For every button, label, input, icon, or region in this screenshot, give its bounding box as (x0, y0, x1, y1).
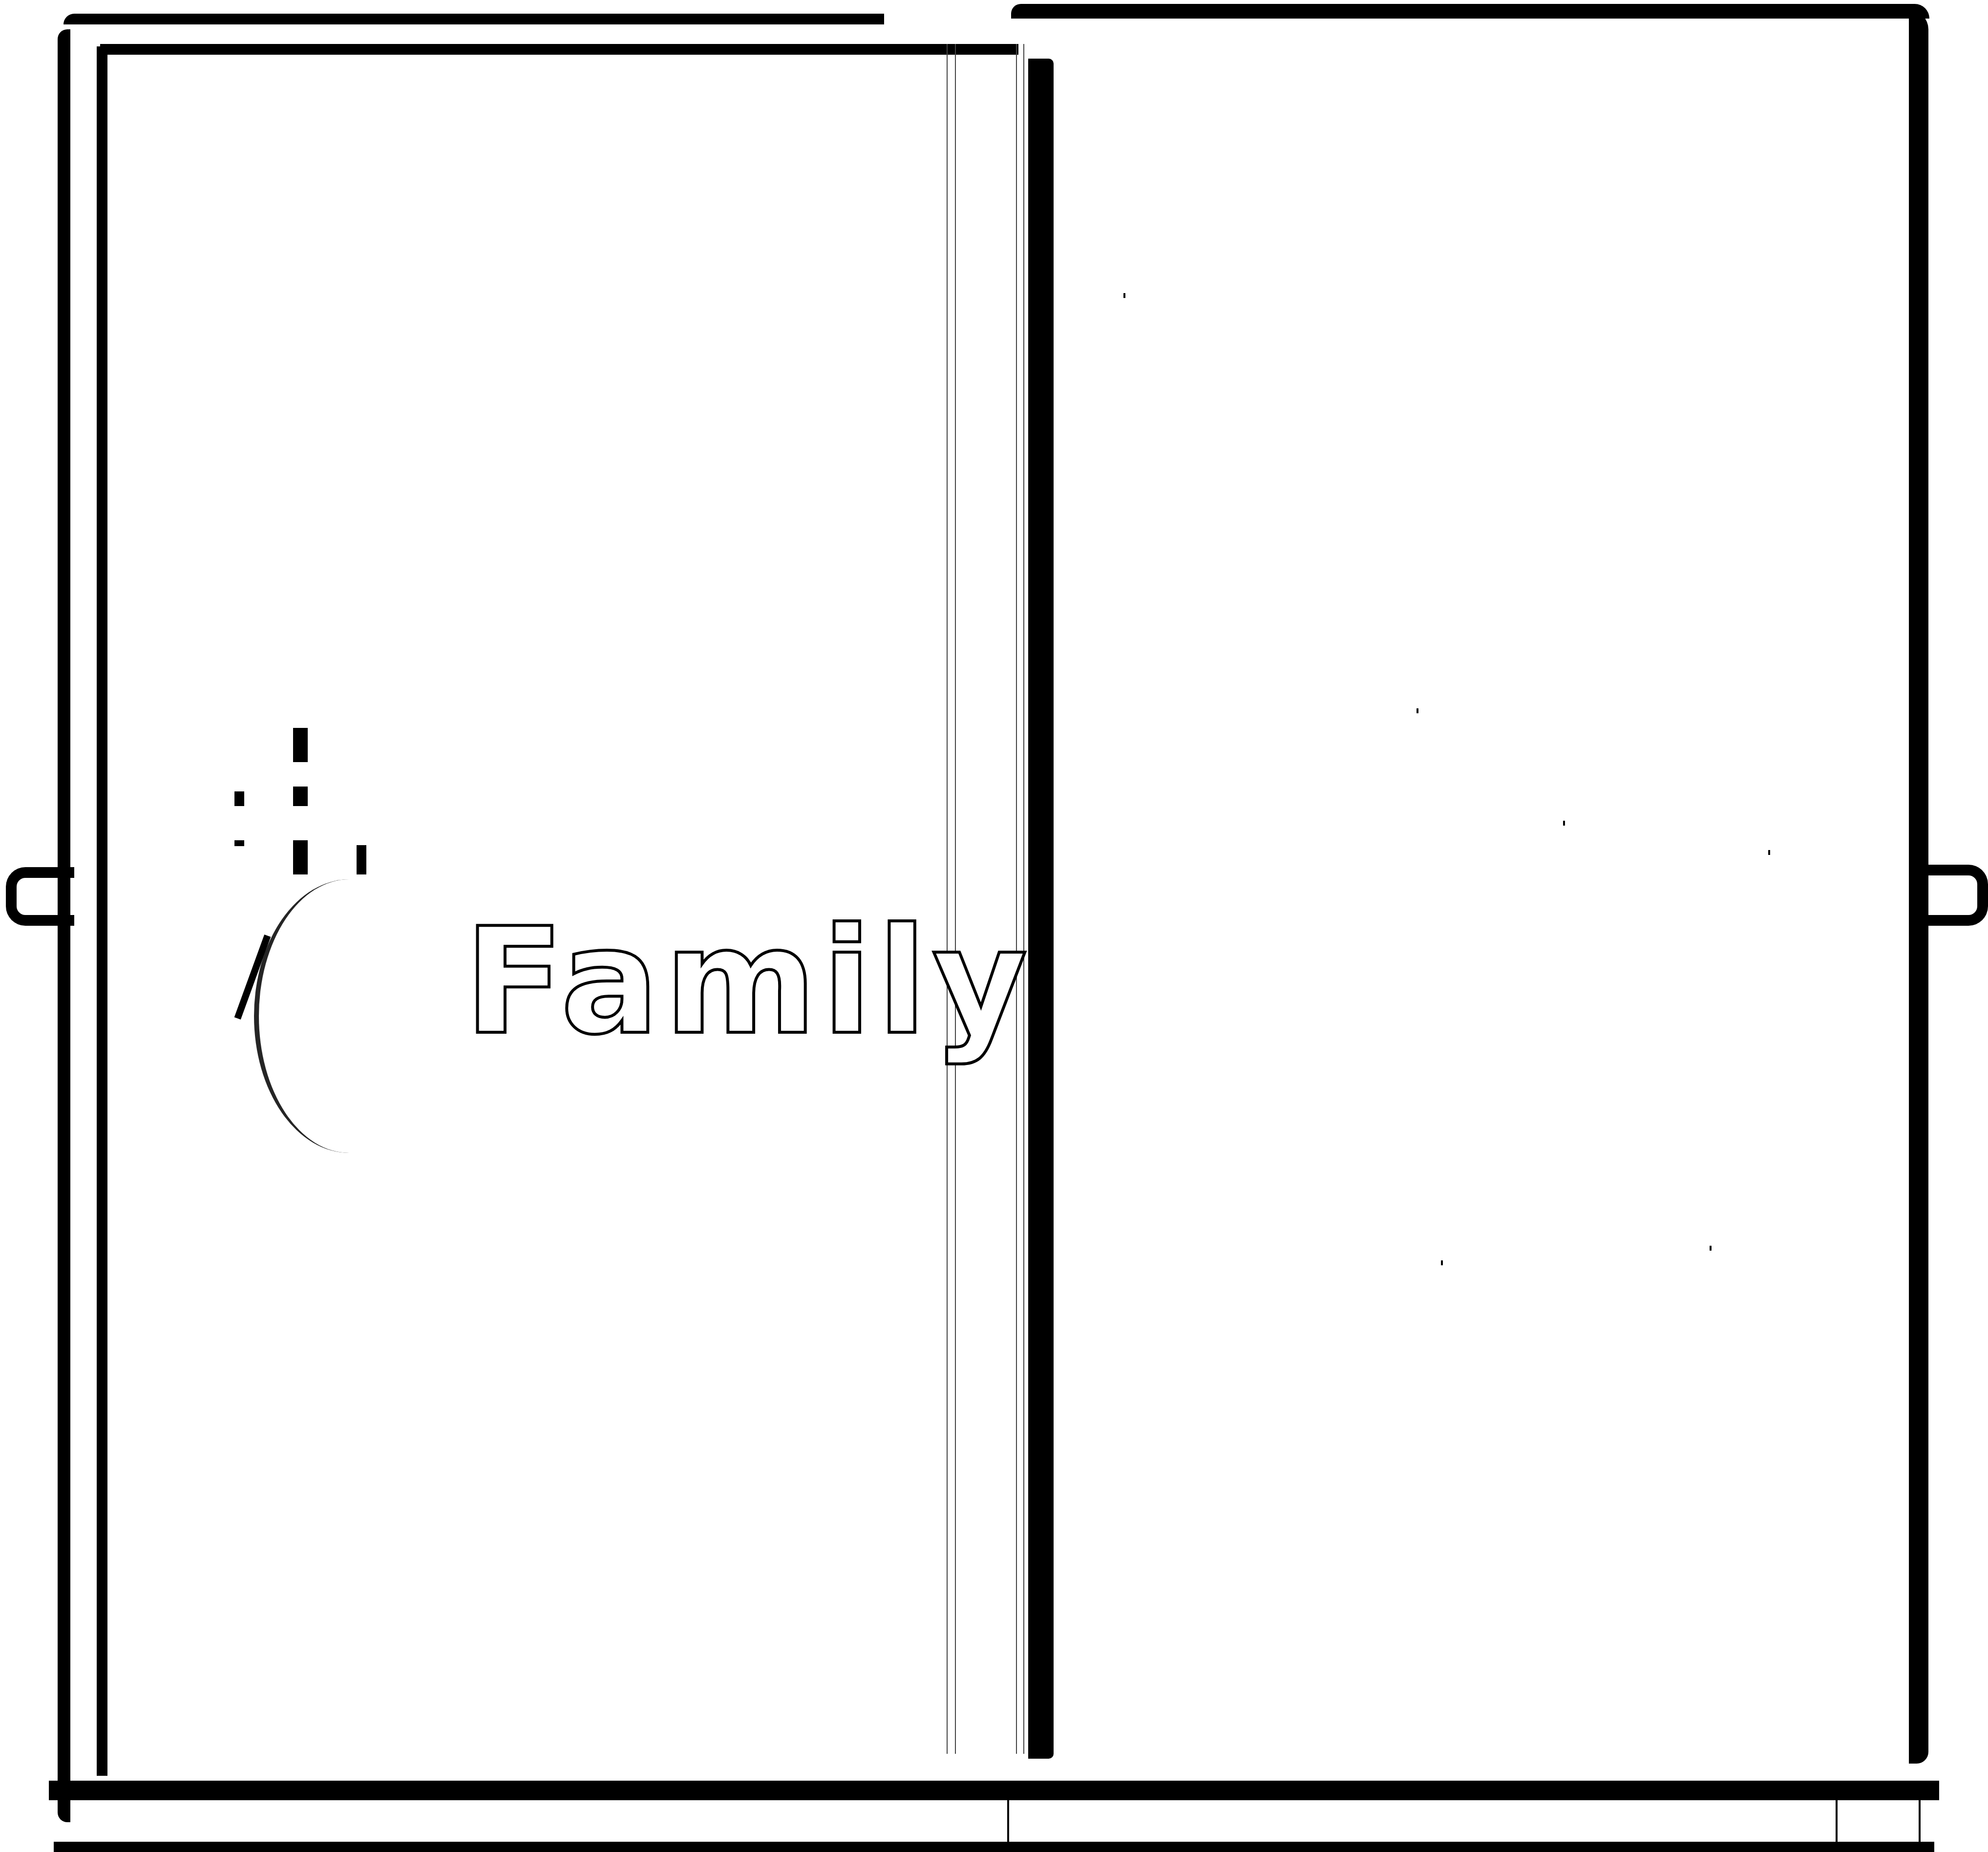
left-board-top-edge (63, 14, 884, 24)
emblem-arc (254, 879, 444, 1153)
speck (1563, 821, 1565, 826)
speck (1441, 1260, 1443, 1265)
left-board-inner-edge (97, 46, 107, 1776)
bottom-divider (1007, 1800, 1009, 1847)
cover-logo: Family (181, 699, 1060, 1138)
right-board-top-edge (1011, 4, 1929, 19)
left-hinge-tab (6, 867, 74, 926)
speck (1768, 850, 1770, 855)
bottom-divider (1919, 1800, 1921, 1849)
logo-text: Family (464, 909, 1033, 1055)
speck (1417, 708, 1418, 713)
bottom-edge (54, 1842, 1934, 1852)
left-board-outer-edge (58, 29, 70, 1822)
left-board-inner-top-edge (100, 44, 1018, 55)
bottom-divider (1836, 1800, 1838, 1847)
speck (1710, 1246, 1712, 1251)
bottom-band (49, 1781, 1939, 1800)
right-hinge-tab (1920, 865, 1988, 926)
speck (1123, 293, 1125, 298)
